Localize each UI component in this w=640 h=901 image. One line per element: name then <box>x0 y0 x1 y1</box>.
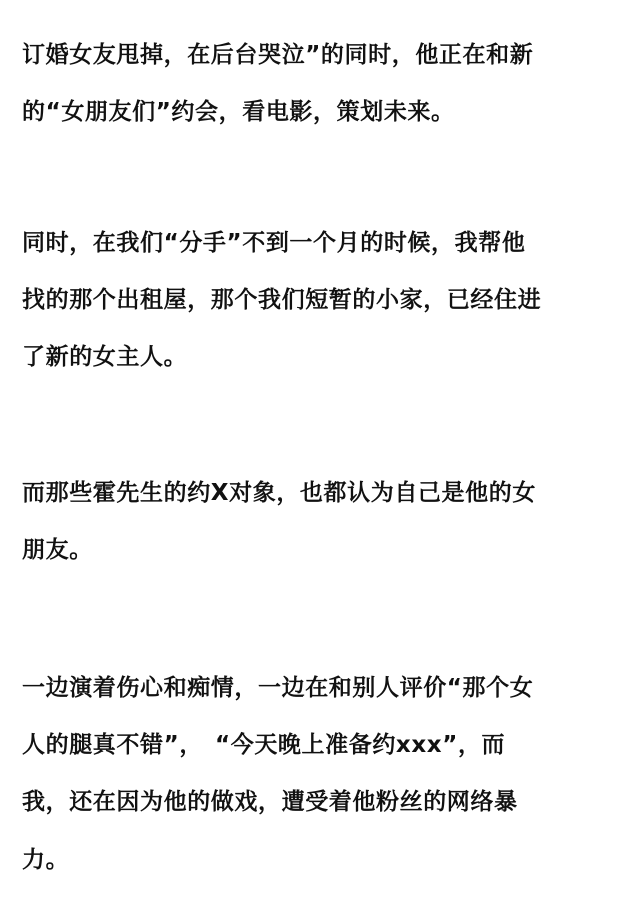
text-line: 找的那个出租屋，那个我们短暂的小家，已经住进 <box>22 285 541 315</box>
text-line: 力。 <box>22 845 69 875</box>
text-line: 人的腿真不错”， “今天晚上准备约xxx”，而 <box>22 730 505 760</box>
text-line: 我，还在因为他的做戏，遭受着他粉丝的网络暴 <box>22 787 518 817</box>
text-line: 的“女朋友们”约会，看电影，策划未来。 <box>22 97 455 127</box>
text-line: 订婚女友甩掉，在后台哭泣”的同时，他正在和新 <box>22 40 533 70</box>
text-line: 了新的女主人。 <box>22 342 187 372</box>
text-line: 一边演着伤心和痴情，一边在和别人评价“那个女 <box>22 673 533 703</box>
text-line: 同时，在我们“分手”不到一个月的时候，我帮他 <box>22 228 525 258</box>
text-line: 朋友。 <box>22 535 93 565</box>
text-line: 而那些霍先生的约X对象，也都认为自己是他的女 <box>22 478 536 508</box>
